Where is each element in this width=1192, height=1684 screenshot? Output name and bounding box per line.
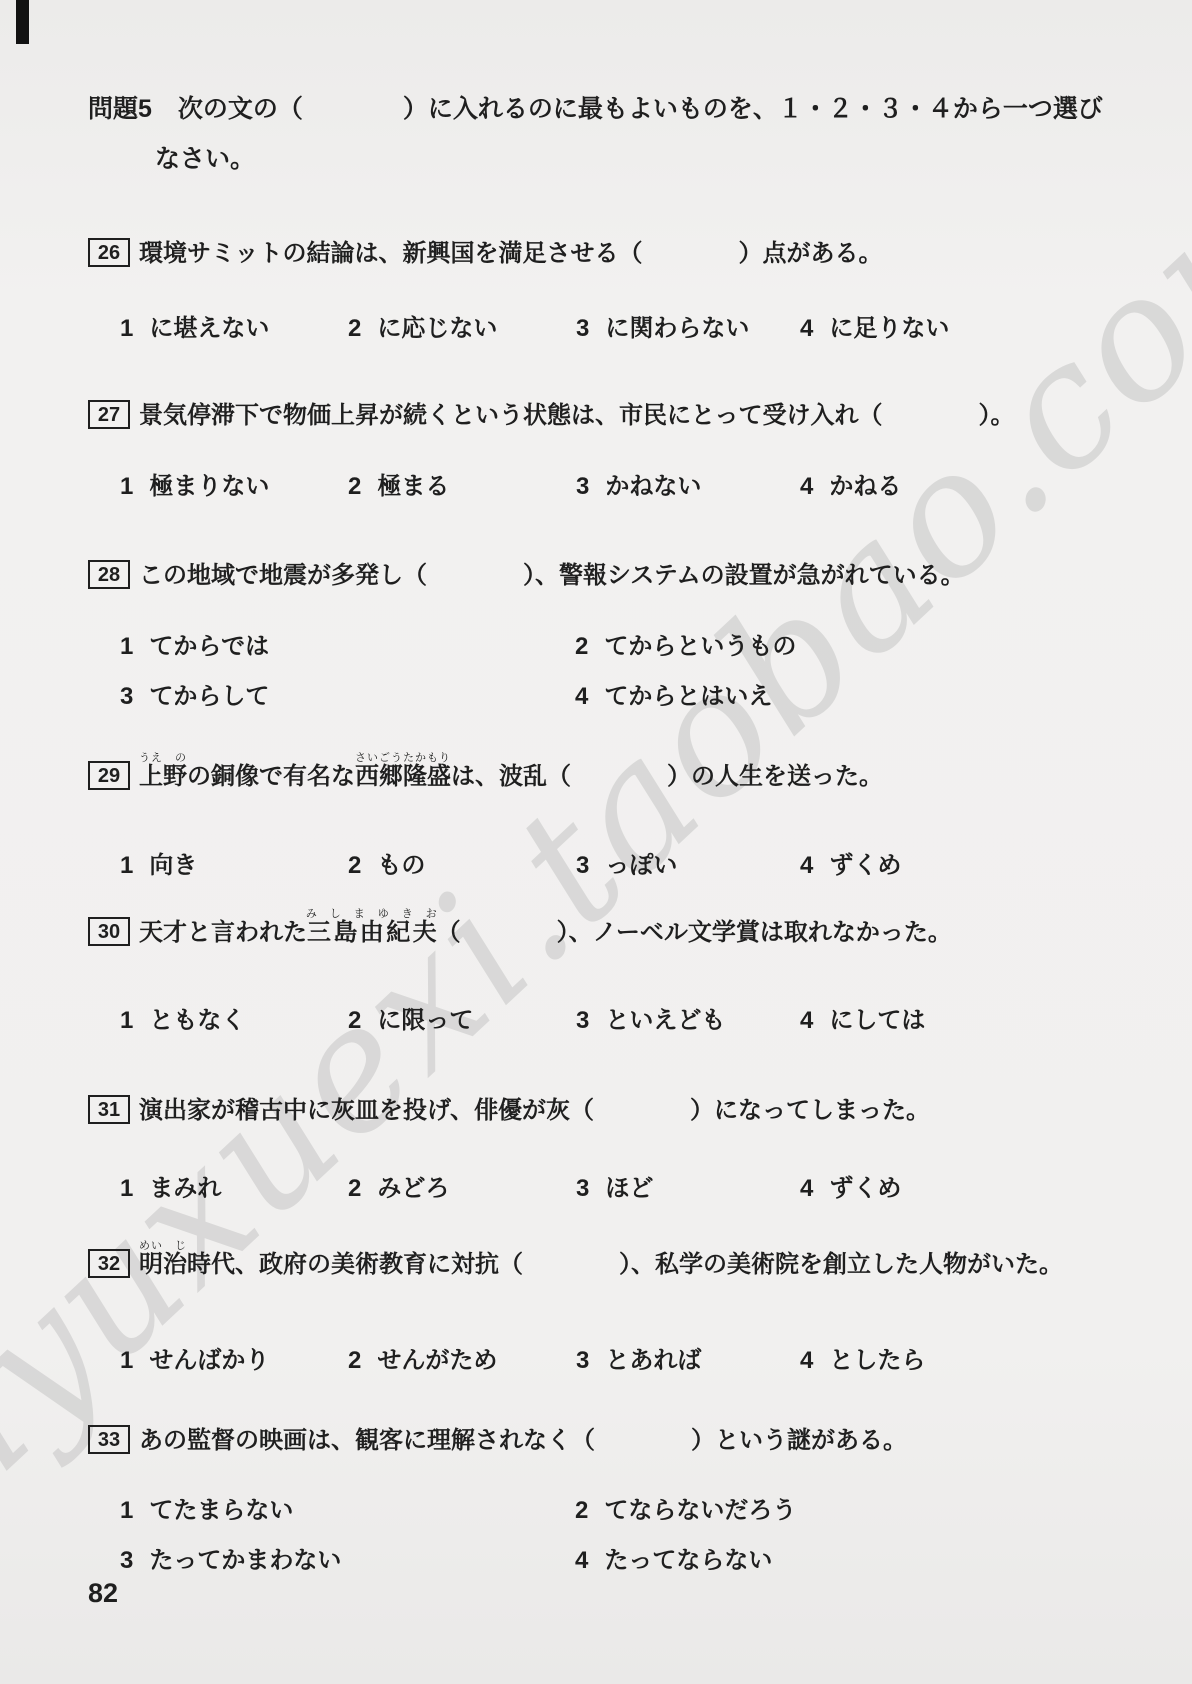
problem-number-label: 問題5 <box>88 95 152 123</box>
option-31-3: 3ほど <box>576 1168 653 1203</box>
option-32-3: 3とあれば <box>576 1340 701 1375</box>
option-28-2: 2てからというもの <box>575 626 796 661</box>
question-33-options-row2: 3たってかまわない 4たってならない <box>0 1540 1192 1574</box>
option-26-1: 1に堪えない <box>120 308 269 343</box>
question-28-options-row1: 1てからでは 2てからというもの <box>0 626 1192 660</box>
option-31-1: 1まみれ <box>120 1168 221 1203</box>
option-31-4: 4ずくめ <box>800 1168 901 1203</box>
option-30-4: 4にしては <box>800 1000 925 1035</box>
option-27-1: 1極まりない <box>120 466 269 501</box>
question-32-number-box: 32 <box>88 1249 130 1278</box>
question-31-stem: 31演出家が稽古中に灰皿を投げ、俳優が灰（ ）になってしまった。 <box>88 1095 1168 1127</box>
section-header: 問題5次の文の（ ）に入れるのに最もよいものを、１・２・３・４から一つ選び なさ… <box>88 92 1108 176</box>
page-content: 問題5次の文の（ ）に入れるのに最もよいものを、１・２・３・４から一つ選び なさ… <box>0 0 1192 1684</box>
question-30-number-box: 30 <box>88 917 130 946</box>
question-31-options: 1まみれ 2みどろ 3ほど 4ずくめ <box>0 1168 1192 1202</box>
question-26-number-box: 26 <box>88 238 130 267</box>
question-29-ruby-ueno: 上野うえ の <box>139 763 187 790</box>
option-28-1: 1てからでは <box>120 626 269 661</box>
option-29-1: 1向き <box>120 845 197 880</box>
option-33-1: 1てたまらない <box>120 1490 293 1525</box>
option-33-3: 3たってかまわない <box>120 1540 341 1575</box>
option-29-2: 2もの <box>348 845 425 880</box>
option-27-4: 4かねる <box>800 466 901 501</box>
question-28-options-row2: 3てからして 4てからとはいえ <box>0 676 1192 710</box>
question-29-number-box: 29 <box>88 761 130 790</box>
question-27-number-box: 27 <box>88 400 130 429</box>
question-28-number-box: 28 <box>88 560 130 589</box>
option-30-3: 3といえども <box>576 1000 725 1035</box>
option-28-3: 3てからして <box>120 676 269 711</box>
instruction-text-line1: 次の文の（ ）に入れるのに最もよいものを、１・２・３・４から一つ選び <box>178 95 1103 123</box>
option-29-4: 4ずくめ <box>800 845 901 880</box>
option-27-2: 2極まる <box>348 466 449 501</box>
option-26-4: 4に足りない <box>800 308 949 343</box>
option-27-3: 3かねない <box>576 466 701 501</box>
question-26-stem: 26環境サミットの結論は、新興国を満足させる（ ）点がある。 <box>88 238 1168 270</box>
question-28-stem: 28この地域で地震が多発し（ ）、警報システムの設置が急がれている。 <box>88 560 1168 592</box>
question-30-options: 1ともなく 2に限って 3といえども 4にしては <box>0 1000 1192 1034</box>
question-32-stem: 32明治めい じ時代、政府の美術教育に対抗（ ）、私学の美術院を創立した人物がい… <box>88 1240 1168 1281</box>
question-26-options: 1に堪えない 2に応じない 3に関わらない 4に足りない <box>0 308 1192 342</box>
question-32-ruby-meiji: 明治めい じ <box>139 1251 187 1278</box>
question-27-stem: 27景気停滞下で物価上昇が続くという状態は、市民にとって受け入れ（ ）。 <box>88 400 1168 432</box>
question-29-options: 1向き 2もの 3っぽい 4ずくめ <box>0 845 1192 879</box>
question-31-number-box: 31 <box>88 1095 130 1124</box>
question-27-text: 景気停滞下で物価上昇が続くという状態は、市民にとって受け入れ（ ）。 <box>139 402 1015 429</box>
option-32-4: 4としたら <box>800 1340 925 1375</box>
option-33-4: 4たってならない <box>575 1540 772 1575</box>
option-30-1: 1ともなく <box>120 1000 245 1035</box>
option-28-4: 4てからとはいえ <box>575 676 772 711</box>
question-32-options: 1せんばかり 2せんがため 3とあれば 4としたら <box>0 1340 1192 1374</box>
question-28-text: この地域で地震が多発し（ ）、警報システムの設置が急がれている。 <box>139 562 965 589</box>
question-26-text: 環境サミットの結論は、新興国を満足させる（ ）点がある。 <box>139 240 883 267</box>
option-26-3: 3に関わらない <box>576 308 749 343</box>
page-number: 82 <box>88 1578 118 1609</box>
question-33-text: あの監督の映画は、観客に理解されなく（ ）という謎がある。 <box>139 1427 907 1454</box>
question-27-options: 1極まりない 2極まる 3かねない 4かねる <box>0 466 1192 500</box>
option-30-2: 2に限って <box>348 1000 473 1035</box>
question-30-stem: 30天才と言われた三島由紀夫み し ま ゆ き お（ ）、ノーベル文学賞は取れな… <box>88 908 1168 949</box>
option-32-2: 2せんがため <box>348 1340 497 1375</box>
scan-artifact-mark <box>16 0 29 44</box>
scanned-test-page: riyuxuexi.taobao.com 問題5次の文の（ ）に入れるのに最もよ… <box>0 0 1192 1684</box>
question-29-ruby-saigo: 西郷隆盛さいごうたかもり <box>355 763 451 790</box>
option-31-2: 2みどろ <box>348 1168 449 1203</box>
question-33-number-box: 33 <box>88 1425 130 1454</box>
question-29-stem: 29上野うえ のの銅像で有名な西郷隆盛さいごうたかもりは、波乱（ ）の人生を送っ… <box>88 752 1168 793</box>
question-30-ruby-mishima: 三島由紀夫み し ま ゆ き お <box>307 919 437 946</box>
option-29-3: 3っぽい <box>576 845 677 880</box>
question-31-text: 演出家が稽古中に灰皿を投げ、俳優が灰（ ）になってしまった。 <box>139 1097 930 1124</box>
option-32-1: 1せんばかり <box>120 1340 269 1375</box>
option-33-2: 2てならないだろう <box>575 1490 796 1525</box>
instruction-text-line2: なさい。 <box>88 142 1108 176</box>
question-33-options-row1: 1てたまらない 2てならないだろう <box>0 1490 1192 1524</box>
question-33-stem: 33あの監督の映画は、観客に理解されなく（ ）という謎がある。 <box>88 1425 1168 1457</box>
option-26-2: 2に応じない <box>348 308 497 343</box>
section-header-line1: 問題5次の文の（ ）に入れるのに最もよいものを、１・２・３・４から一つ選び <box>88 92 1108 126</box>
